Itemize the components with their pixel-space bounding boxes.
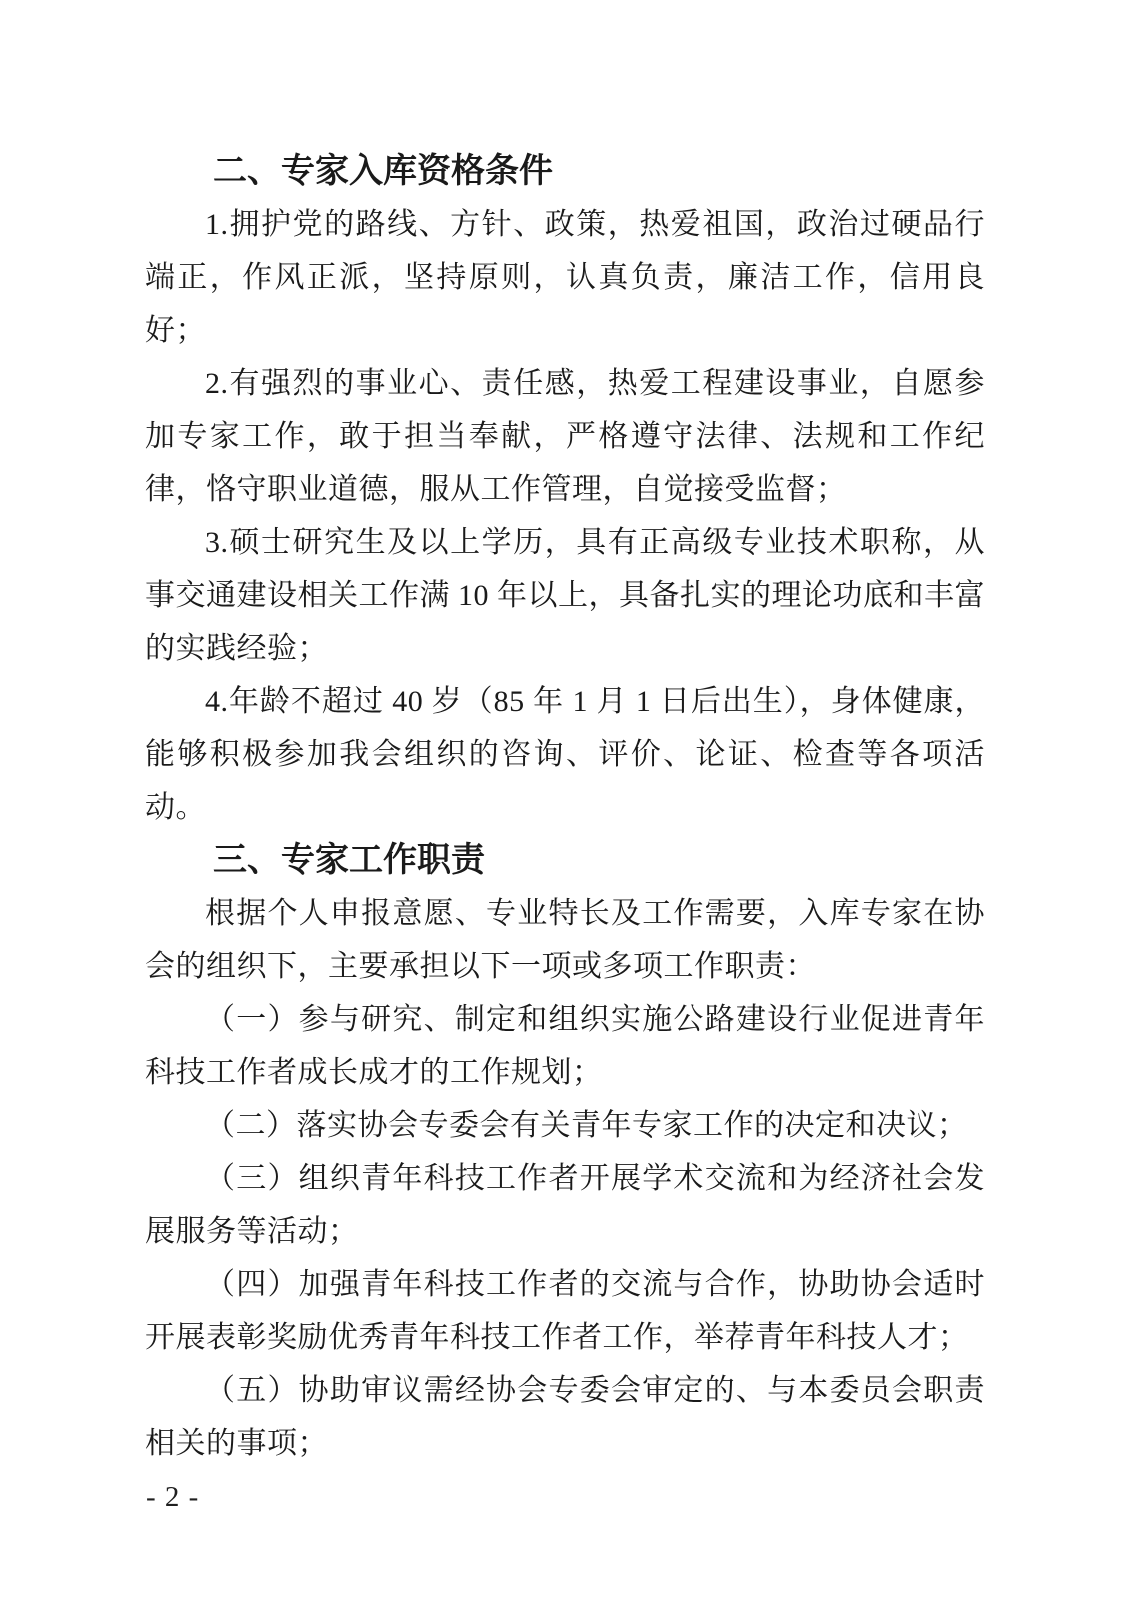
section-heading: 三、专家工作职责 xyxy=(145,834,985,887)
section-heading: 二、专家入库资格条件 xyxy=(145,145,985,198)
body-paragraph: 根据个人申报意愿、专业特长及工作需要，入库专家在协会的组织下，主要承担以下一项或… xyxy=(145,887,985,993)
document-page: 二、专家入库资格条件1.拥护党的路线、方针、政策，热爱祖国，政治过硬品行端正，作… xyxy=(0,0,1131,1600)
body-paragraph: 3.硕士研究生及以上学历，具有正高级专业技术职称，从事交通建设相关工作满 10 … xyxy=(145,516,985,675)
body-paragraph: （一）参与研究、制定和组织实施公路建设行业促进青年科技工作者成长成才的工作规划； xyxy=(145,993,985,1099)
body-paragraph: 1.拥护党的路线、方针、政策，热爱祖国，政治过硬品行端正，作风正派，坚持原则，认… xyxy=(145,198,985,357)
body-paragraph: （三）组织青年科技工作者开展学术交流和为经济社会发展服务等活动； xyxy=(145,1152,985,1258)
body-paragraph: （二）落实协会专委会有关青年专家工作的决定和决议； xyxy=(145,1099,985,1152)
body-paragraph: 2.有强烈的事业心、责任感，热爱工程建设事业，自愿参加专家工作，敢于担当奉献，严… xyxy=(145,357,985,516)
page-number: - 2 - xyxy=(146,1480,199,1514)
body-paragraph: 4.年龄不超过 40 岁（85 年 1 月 1 日后出生），身体健康，能够积极参… xyxy=(145,675,985,834)
body-paragraph: （四）加强青年科技工作者的交流与合作，协助协会适时开展表彰奖励优秀青年科技工作者… xyxy=(145,1258,985,1364)
body-paragraph: （五）协助审议需经协会专委会审定的、与本委员会职责相关的事项； xyxy=(145,1364,985,1470)
document-body: 二、专家入库资格条件1.拥护党的路线、方针、政策，热爱祖国，政治过硬品行端正，作… xyxy=(145,145,985,1470)
